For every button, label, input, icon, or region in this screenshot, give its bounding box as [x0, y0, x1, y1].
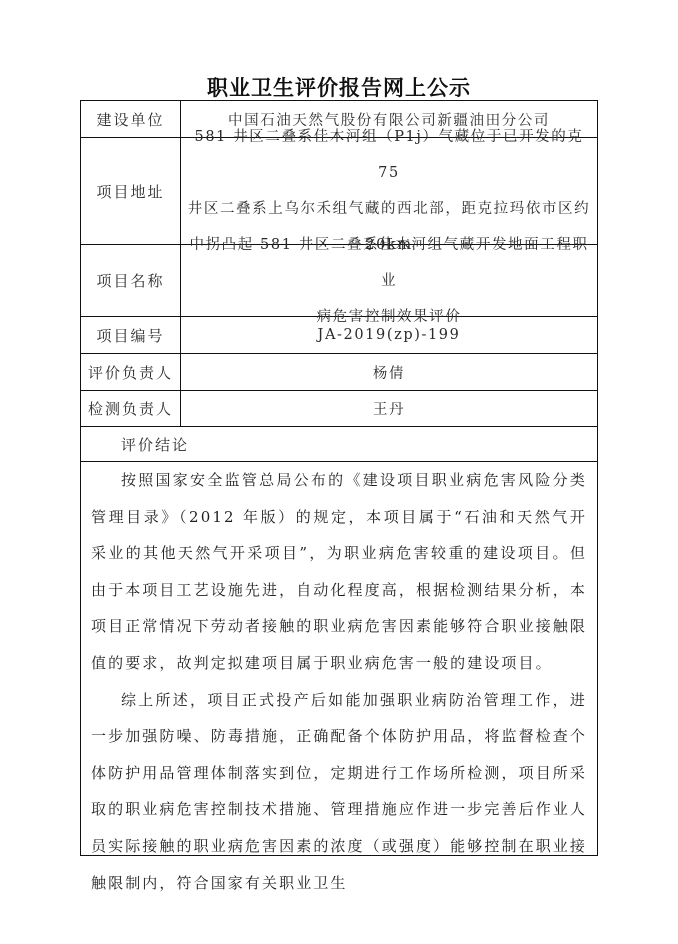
info-table: 建设单位 中国石油天然气股份有限公司新疆油田分公司 项目地址 581 井区二叠系…	[80, 100, 598, 856]
conclusion-heading: 评价结论	[81, 427, 189, 461]
label-construction-unit: 建设单位	[81, 101, 181, 137]
conclusion-paragraph: 综上所述，项目正式投产后如能加强职业病防治管理工作，进一步加强防噪、防毒措施，正…	[91, 682, 587, 902]
conclusion-body: 按照国家安全监管总局公布的《建设项目职业病危害风险分类管理目录》（2012 年版…	[81, 462, 597, 901]
value-evaluation-lead: 杨倩	[181, 354, 597, 390]
address-line: 井区二叠系上乌尔禾组气藏的西北部，距克拉玛依市区约	[187, 191, 591, 227]
document-title: 职业卫生评价报告网上公示	[0, 72, 678, 102]
row-conclusion-header: 评价结论	[81, 427, 597, 462]
row-testing-lead: 检测负责人 王丹	[81, 391, 597, 427]
label-project-name: 项目名称	[81, 245, 181, 316]
label-project-number: 项目编号	[81, 317, 181, 353]
conclusion-paragraph: 按照国家安全监管总局公布的《建设项目职业病危害风险分类管理目录》（2012 年版…	[91, 462, 587, 682]
address-line: 581 井区二叠系佳木河组（P1j）气藏位于已开发的克 75	[187, 119, 591, 191]
value-testing-lead: 王丹	[181, 391, 597, 426]
row-evaluation-lead: 评价负责人 杨倩	[81, 354, 597, 391]
label-testing-lead: 检测负责人	[81, 391, 181, 426]
row-project-name: 项目名称 中拐凸起 581 井区二叠系佳木河组气藏开发地面工程职业 病危害控制效…	[81, 245, 597, 317]
value-project-number: JA-2019(zp)-199	[181, 317, 597, 353]
project-name-line: 中拐凸起 581 井区二叠系佳木河组气藏开发地面工程职业	[187, 227, 591, 299]
label-evaluation-lead: 评价负责人	[81, 354, 181, 390]
value-project-name: 中拐凸起 581 井区二叠系佳木河组气藏开发地面工程职业 病危害控制效果评价	[181, 245, 597, 316]
label-project-address: 项目地址	[81, 138, 181, 244]
row-project-number: 项目编号 JA-2019(zp)-199	[81, 317, 597, 354]
